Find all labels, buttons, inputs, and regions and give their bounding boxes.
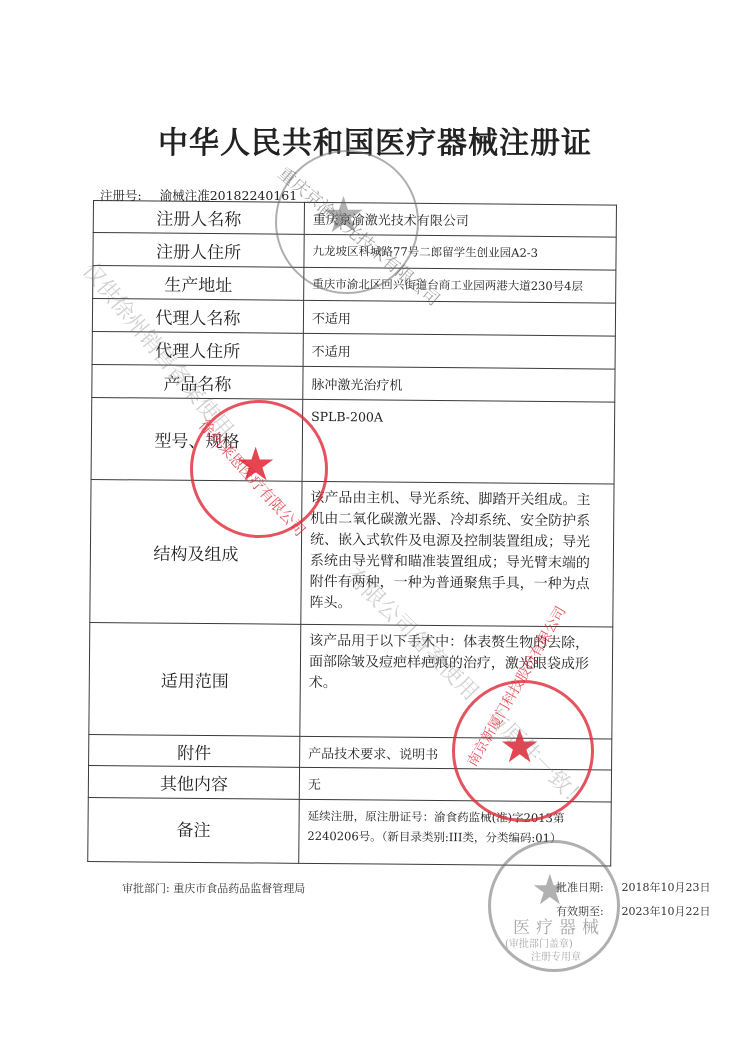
approval-dates: 批准日期: 2018年10月23日 有效期至: 2023年10月22日 (556, 876, 711, 924)
valid-until-value: 2023年10月22日 (622, 905, 711, 918)
valid-until-row: 有效期至: 2023年10月22日 (556, 900, 711, 924)
field-label: 生产地址 (93, 266, 304, 301)
table-row: 附件 产品技术要求、说明书 (89, 734, 612, 770)
field-label: 注册人住所 (93, 233, 304, 268)
field-value: 产品技术要求、说明书 (300, 736, 612, 770)
field-value: 无 (299, 767, 611, 802)
field-value: SPLB-200A (302, 399, 615, 484)
approval-department-value: 重庆市食品药品监督管理局 (173, 882, 305, 895)
table-row: 备注 延续注册，原注册证号：渝食药监械(准)字2013第2240206号。（新目… (88, 797, 612, 866)
field-label: 代理人名称 (92, 299, 303, 334)
field-label: 注册人名称 (93, 201, 304, 235)
field-value: 不适用 (303, 300, 615, 336)
approval-date-value: 2018年10月23日 (622, 881, 711, 894)
document-title: 中华人民共和国医疗器械注册证 (0, 118, 750, 162)
table-row: 注册人住所 九龙坡区科城路77号二郎留学生创业园A2-3 (93, 233, 616, 271)
field-value: 脉冲激光治疗机 (303, 366, 615, 402)
authority-seal-sub3: 注册专用章 (531, 948, 581, 963)
field-value: 该产品用于以下手术中：体表赘生物的去除，面部除皱及痘疤样疤痕的治疗，激光眼袋成形… (300, 624, 613, 739)
field-label: 适用范围 (89, 622, 301, 736)
field-value: 延续注册，原注册证号：渝食药监械(准)字2013第2240206号。（新目录类别… (299, 799, 612, 866)
table-row: 注册人名称 重庆京渝激光技术有限公司 (93, 201, 616, 238)
field-value: 不适用 (303, 333, 615, 369)
field-label: 其他内容 (88, 765, 299, 799)
certificate-table: 注册人名称 重庆京渝激光技术有限公司 注册人住所 九龙坡区科城路77号二郎留学生… (87, 200, 617, 867)
table-row: 型号、规格 SPLB-200A (91, 397, 615, 484)
field-label: 型号、规格 (91, 397, 303, 481)
field-label: 附件 (89, 734, 300, 767)
table-row: 其他内容 无 (88, 765, 611, 802)
table-row: 生产地址 重庆市渝北区回兴街道台商工业园两港大道230号4层 (93, 266, 616, 304)
approval-date-row: 批准日期: 2018年10月23日 (556, 876, 711, 900)
authority-seal-sub2: (审批部门盖章) (505, 935, 573, 950)
field-label: 代理人住所 (92, 331, 303, 366)
table-row: 产品名称 脉冲激光治疗机 (92, 364, 615, 402)
table-row: 代理人名称 不适用 (92, 299, 615, 337)
field-value: 九龙坡区科城路77号二郎留学生创业园A2-3 (304, 234, 616, 270)
table-row: 结构及组成 该产品由主机、导光系统、脚踏开关组成。主机由二氧化碳激光器、冷却系统… (90, 479, 614, 627)
approval-date-label: 批准日期: (556, 876, 618, 900)
approval-department: 审批部门: 重庆市食品药品监督管理局 (122, 880, 305, 896)
table-row: 代理人住所 不适用 (92, 331, 615, 369)
field-value: 重庆京渝激光技术有限公司 (304, 202, 616, 237)
approval-department-label: 审批部门: (122, 882, 170, 895)
field-value: 重庆市渝北区回兴街道台商工业园两港大道230号4层 (304, 267, 616, 303)
field-label: 产品名称 (92, 364, 303, 399)
field-value: 该产品由主机、导光系统、脚踏开关组成。主机由二氧化碳激光器、冷却系统、安全防护系… (301, 481, 614, 627)
field-label: 备注 (88, 797, 300, 863)
valid-until-label: 有效期至: (556, 900, 618, 924)
